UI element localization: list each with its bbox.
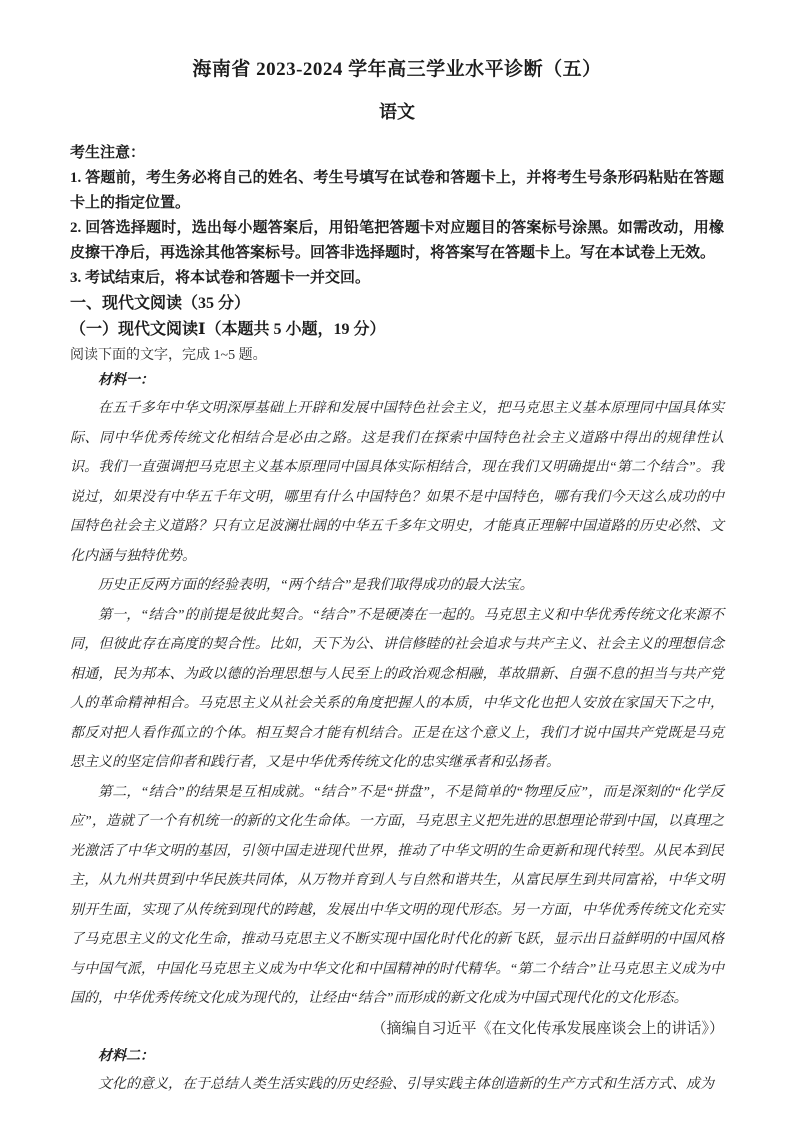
- exam-paper-page: 海南省 2023-2024 学年高三学业水平诊断（五） 语文 考生注意： 1. …: [0, 0, 794, 1122]
- reading-instruction: 阅读下面的文字，完成 1~5 题。: [70, 343, 724, 368]
- material-two: 材料二： 文化的意义，在于总结人类生活实践的历史经验、引导实践主体创造新的生产方…: [70, 1044, 724, 1100]
- material-one-paragraph: 在五千多年中华文明深厚基础上开辟和发展中国特色社会主义，把马克思主义基本原理同中…: [70, 394, 724, 571]
- material-one-paragraph: 第一，“结合”的前提是彼此契合。“结合”不是硬凑在一起的。马克思主义和中华优秀传…: [70, 601, 724, 778]
- section-subheading: （一）现代文阅读Ⅰ（本题共 5 小题，19 分）: [70, 317, 724, 343]
- material-one-paragraph: 第二，“结合”的结果是互相成就。“结合”不是“拼盘”，不是简单的“物理反应”，而…: [70, 778, 724, 1014]
- page-title: 海南省 2023-2024 学年高三学业水平诊断（五）: [70, 56, 724, 84]
- subject-title: 语文: [70, 99, 724, 125]
- notice-item-3: 3. 考试结束后，将本试卷和答题卡一并交回。: [70, 266, 724, 291]
- section-modern-reading: 一、现代文阅读（35 分） （一）现代文阅读Ⅰ（本题共 5 小题，19 分） 阅…: [70, 291, 724, 368]
- material-two-paragraph: 文化的意义，在于总结人类生活实践的历史经验、引导实践主体创造新的生产方式和生活方…: [70, 1070, 724, 1100]
- notice-item-1: 1. 答题前，考生务必将自己的姓名、考生号填写在试卷和答题卡上，并将考生号条形码…: [70, 166, 724, 216]
- material-one-label: 材料一：: [70, 368, 724, 394]
- section-heading: 一、现代文阅读（35 分）: [70, 291, 724, 317]
- material-two-label: 材料二：: [70, 1044, 724, 1070]
- material-one: 材料一： 在五千多年中华文明深厚基础上开辟和发展中国特色社会主义，把马克思主义基…: [70, 368, 724, 1044]
- examinee-notice: 考生注意： 1. 答题前，考生务必将自己的姓名、考生号填写在试卷和答题卡上，并将…: [70, 141, 724, 291]
- material-one-paragraph: 历史正反两方面的经验表明，“两个结合”是我们取得成功的最大法宝。: [70, 571, 724, 601]
- notice-item-2: 2. 回答选择题时，选出每小题答案后，用铅笔把答题卡对应题目的答案标号涂黑。如需…: [70, 216, 724, 266]
- material-one-attribution: （摘编自习近平《在文化传承发展座谈会上的讲话》）: [70, 1014, 724, 1044]
- notice-label: 考生注意：: [70, 141, 724, 166]
